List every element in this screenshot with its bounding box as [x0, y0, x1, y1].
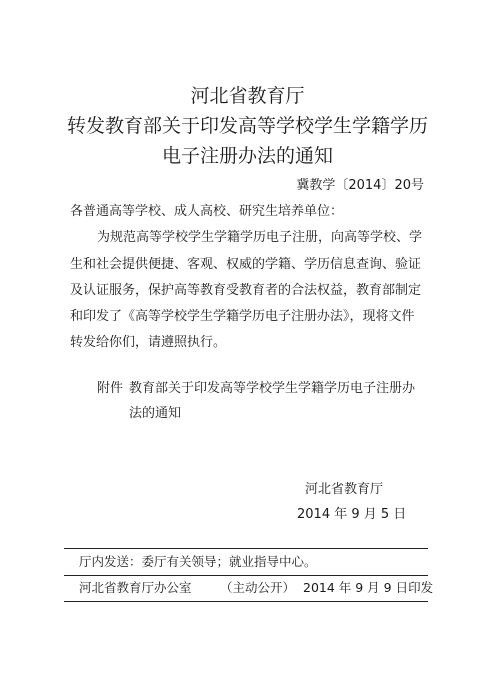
attachment-title-line-2: 法的通知 — [129, 405, 181, 423]
document-number: 冀教学〔2014〕20号 — [296, 177, 424, 195]
paragraph-line: 生和社会提供便捷、客观、权威的学籍、学历信息查询、验证 — [70, 256, 421, 274]
issuing-org-title: 河北省教育厅 — [0, 84, 495, 108]
document-title-line-2: 电子注册办法的通知 — [0, 144, 495, 168]
print-date: 2014 年 9 月 9 日印发 — [303, 580, 433, 596]
attachment-label: 附件 — [97, 380, 123, 398]
footer-rule-bottom — [64, 601, 428, 602]
attachment-title-line-1: 教育部关于印发高等学校学生学籍学历电子注册办 — [129, 380, 415, 398]
paragraph-line: 为规范高等学校学生学籍学历电子注册，向高等学校、学 — [97, 229, 422, 247]
paragraph-line: 及认证服务，保护高等教育受教育者的合法权益，教育部制定 — [70, 282, 421, 300]
footer-rule-middle — [64, 575, 428, 576]
paragraph-line: 转发给你们，请遵照执行。 — [70, 334, 226, 352]
signature-date: 2014 年 9 月 5 日 — [297, 506, 406, 524]
issuing-office: 河北省教育厅办公室 — [79, 580, 192, 596]
signature-org: 河北省教育厅 — [305, 481, 383, 499]
distribution-list: 厅内发送：委厅有关领导；就业指导中心。 — [79, 554, 317, 570]
addressee: 各普通高等学校、成人高校、研究生培养单位： — [70, 203, 343, 221]
document-title-line-1: 转发教育部关于印发高等学校学生学籍学历 — [0, 114, 495, 138]
disclosure-status: （主动公开） — [220, 580, 295, 596]
paragraph-line: 和印发了《高等学校学生学籍学历电子注册办法》，现将文件 — [70, 308, 415, 326]
footer-rule-top — [64, 548, 428, 549]
